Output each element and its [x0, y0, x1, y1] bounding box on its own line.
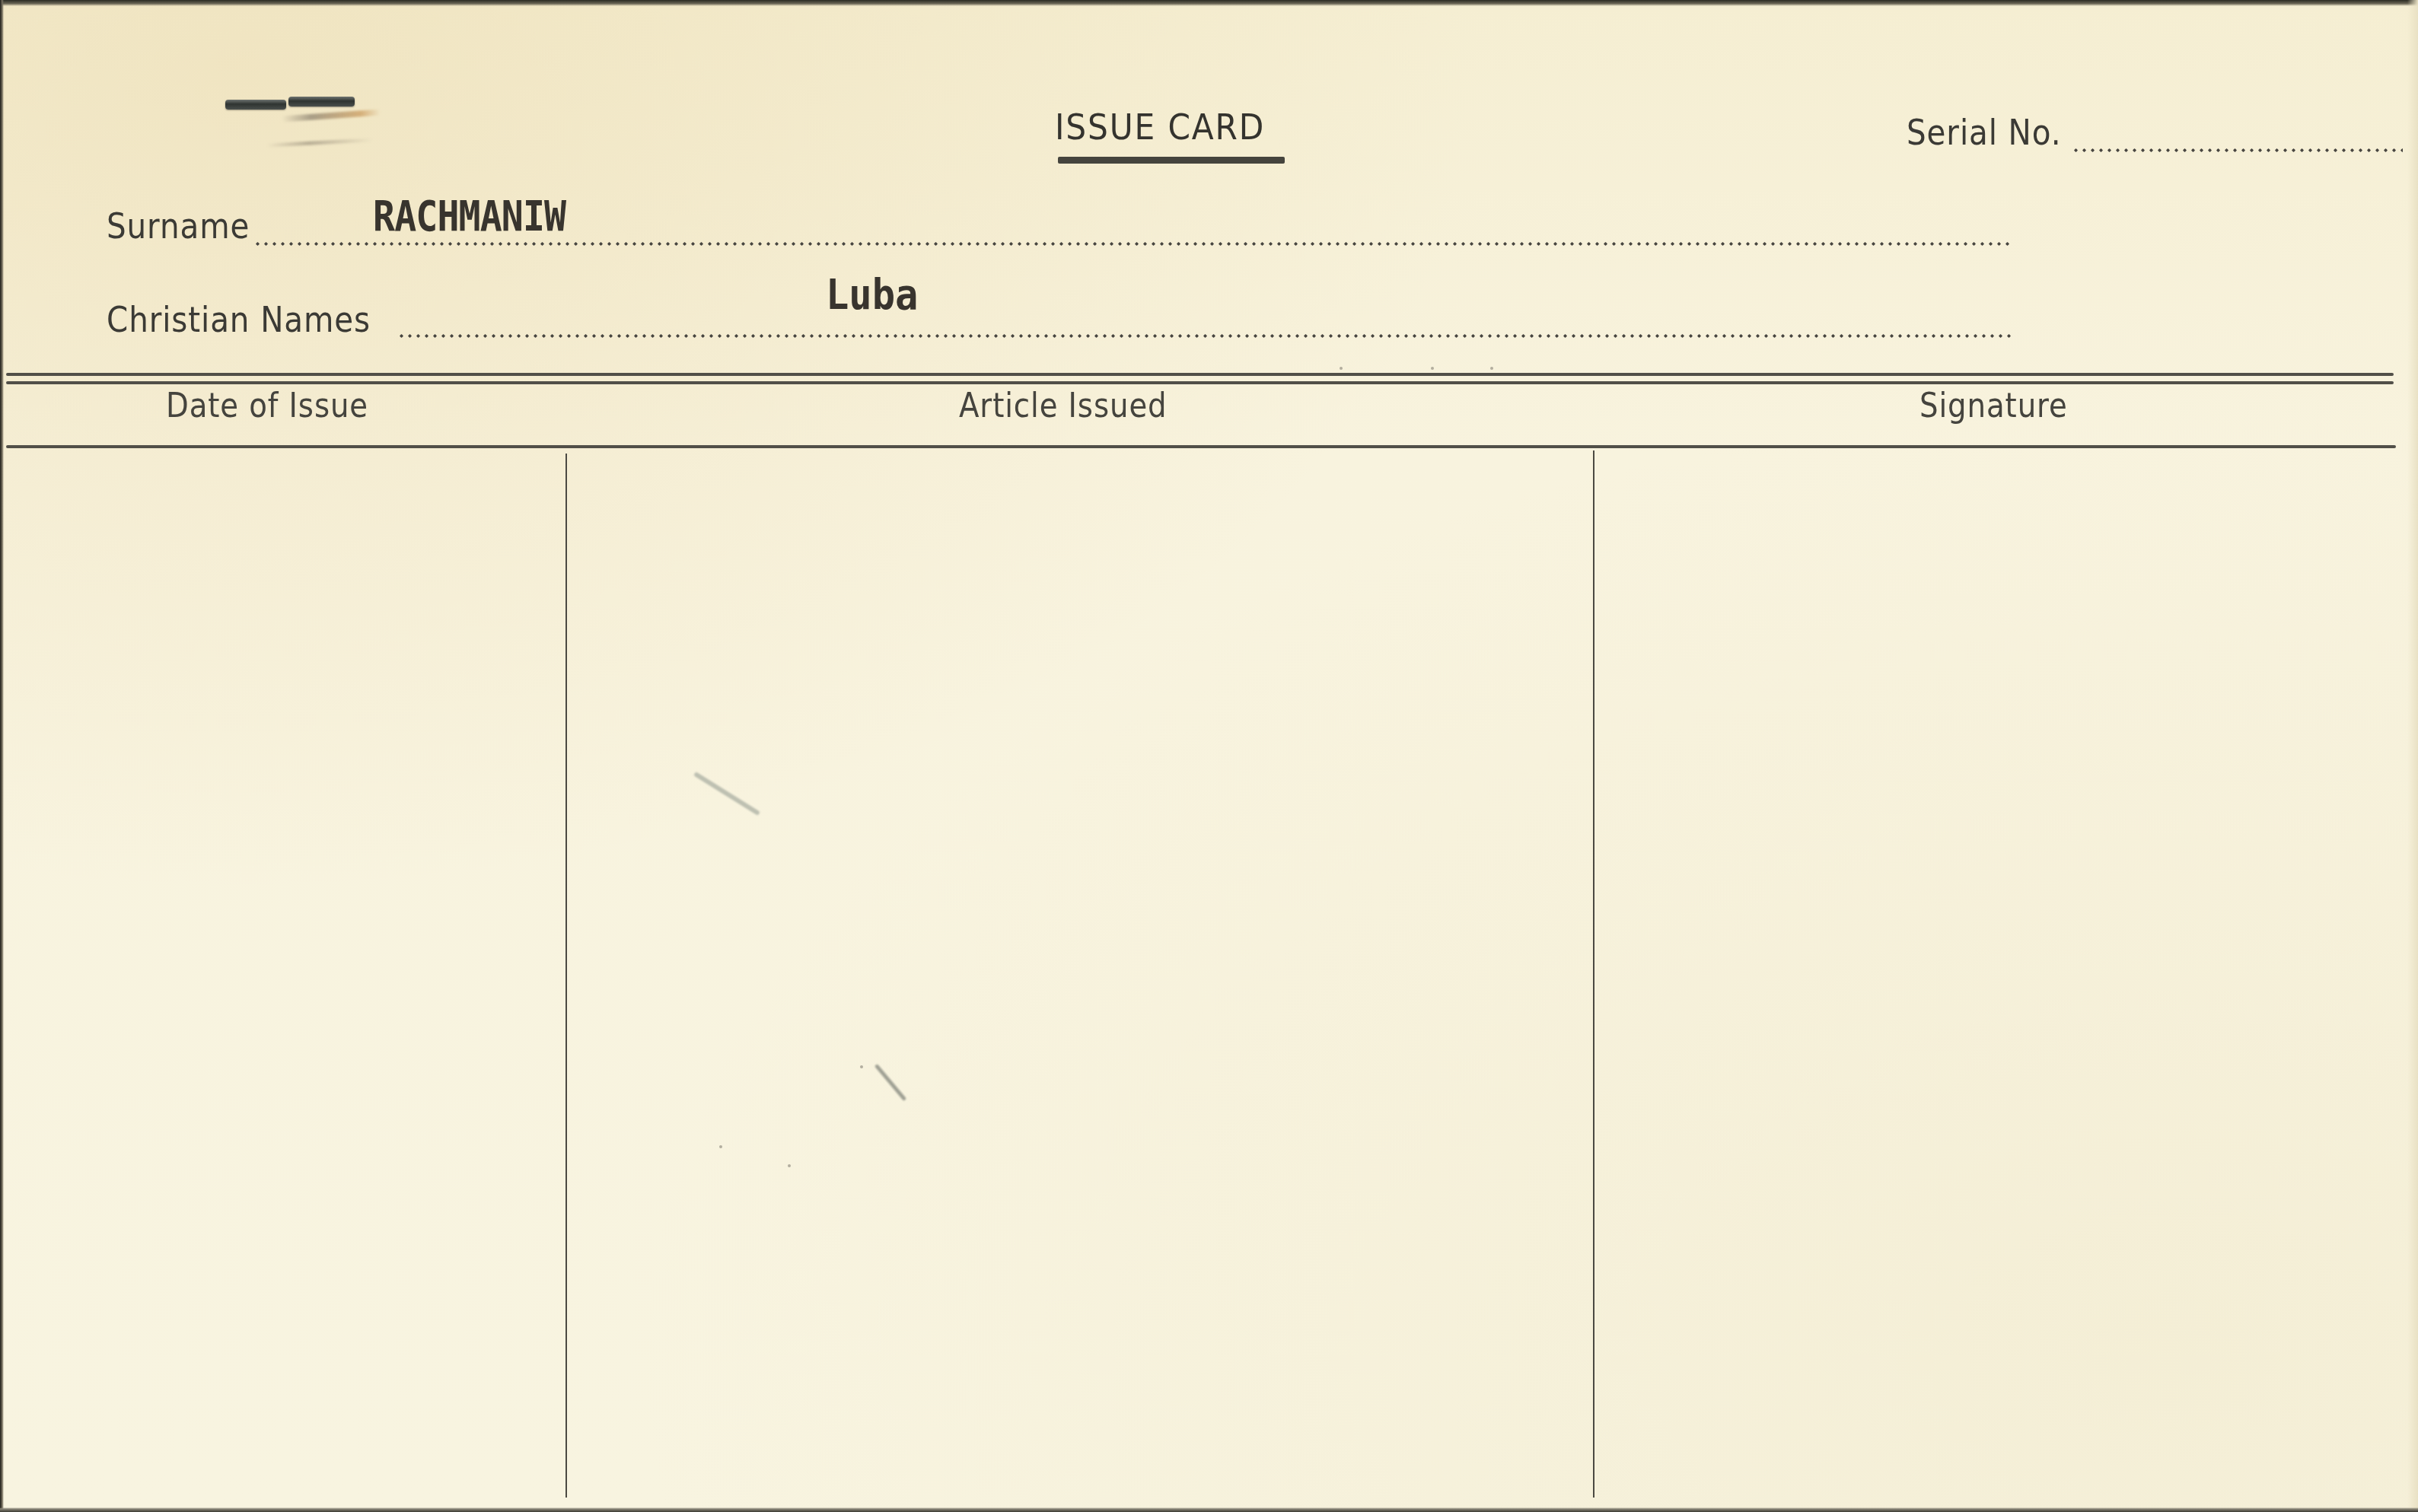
header-bottom-rule — [6, 445, 2396, 448]
surname-field-line — [253, 242, 2013, 246]
speck — [719, 1145, 722, 1148]
card-right-edge — [2407, 0, 2418, 1512]
serial-no-field[interactable] — [2072, 148, 2403, 152]
column-divider-1 — [565, 454, 567, 1498]
column-divider-2 — [1593, 450, 1594, 1498]
card-title: ISSUE CARD — [1055, 107, 1265, 148]
speck — [1340, 367, 1343, 370]
card-bottom-edge — [0, 1507, 2418, 1512]
christian-names-value[interactable]: Luba — [826, 270, 918, 320]
column-header-article-issued: Article Issued — [959, 387, 1168, 425]
pencil-mark — [693, 772, 760, 816]
column-header-date-of-issue: Date of Issue — [166, 387, 368, 425]
speck — [860, 1065, 863, 1068]
issue-card: ISSUE CARD Serial No. Surname RACHMANIW … — [0, 0, 2418, 1512]
staple-segment-right — [288, 97, 355, 107]
christian-names-label: Christian Names — [107, 299, 371, 340]
smudge-mark — [266, 138, 373, 147]
title-underline — [1058, 157, 1285, 164]
pencil-mark — [874, 1064, 906, 1101]
card-top-edge — [0, 0, 2418, 6]
serial-no-label: Serial No. — [1907, 112, 2061, 153]
speck — [788, 1164, 791, 1167]
surname-label: Surname — [107, 205, 250, 247]
speck — [1490, 367, 1493, 370]
christian-names-field-line — [397, 334, 2013, 338]
rust-stain — [282, 109, 381, 122]
card-left-edge — [0, 0, 4, 1512]
column-header-signature: Signature — [1919, 387, 2068, 425]
header-double-rule-top — [6, 373, 2394, 376]
staple-icon — [225, 94, 356, 110]
staple-segment-left — [225, 100, 286, 110]
speck — [1431, 367, 1434, 370]
header-double-rule-bottom — [6, 381, 2394, 384]
surname-value[interactable]: RACHMANIW — [373, 192, 565, 241]
